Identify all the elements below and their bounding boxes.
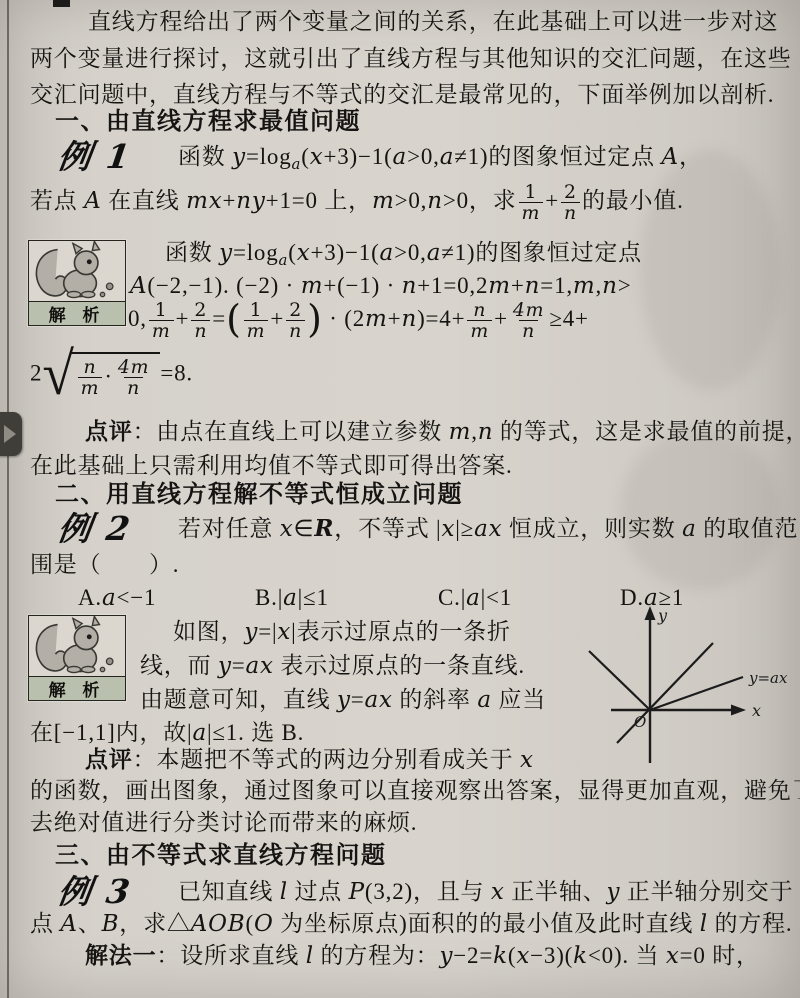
line-ax-label: y=ax xyxy=(748,669,788,687)
squirrel-mascot-icon xyxy=(29,616,125,676)
analysis-1-line-4: 2√nm · 4mn=8. xyxy=(30,352,193,399)
solution-1-line-1: 解法一：设所求直线 l 的方程为：y−2=k(x−3)(k<0). 当 x=0 … xyxy=(85,941,760,971)
option-b: B.|a|≤1 xyxy=(255,584,329,613)
analysis-2-line-3: 由题意可知，直线 y=ax 的斜率 a 应当 xyxy=(140,686,546,715)
intro-line-3: 交汇问题中，直线方程与不等式的交汇是最常见的，下面举例加以剖析. xyxy=(30,81,774,110)
analysis-1-line-1: 函数 y=loga(x+3)−1(a>0,a≠1)的图象恒过定点 xyxy=(165,239,642,270)
analysis-1-line-3: 0,1m+2n=(1m+2n) · (2m+n)=4+nm+4mn≥4+ xyxy=(128,300,589,342)
origin-label: O xyxy=(634,713,646,731)
bleed-through-artifact xyxy=(620,430,780,590)
comment-1-line-2: 在此基础上只需利用均值不等式即可得出答案. xyxy=(30,452,513,481)
scan-artifact-speck xyxy=(53,0,70,7)
example-2-label: 例 2 xyxy=(55,508,134,549)
analysis-1-line-2: A(−2,−1). (−2) · m+(−1) · n+1=0,2m+n=1,m… xyxy=(130,272,632,301)
section-2-heading: 二、用直线方程解不等式恒成立问题 xyxy=(55,480,463,510)
intro-line-2: 两个变量进行探讨，这就引出了直线方程与其他知识的交汇问题，在这些 xyxy=(30,45,792,74)
y-axis-arrow-icon xyxy=(645,606,656,620)
analysis-mascot-box-1: 解 析 xyxy=(28,240,126,326)
example-2-problem-line-2: 围是（ ）. xyxy=(30,551,179,580)
comment-2-line-1: 点评：本题把不等式的两边分别看成关于 x xyxy=(85,745,534,775)
analysis-badge: 解 析 xyxy=(29,301,125,325)
page-scan-edge-line xyxy=(7,0,9,998)
example-3-problem-line-1: 已知直线 l 过点 P(3,2)，且与 x 正半轴、y 正半轴分别交于 xyxy=(178,878,793,907)
textbook-page: 直线方程给出了两个变量之间的关系，在此基础上可以进一步对这 两个变量进行探讨，这… xyxy=(0,0,800,998)
bookmark-triangle-icon xyxy=(4,425,16,443)
analysis-mascot-box-2: 解 析 xyxy=(28,615,126,701)
page-edge-bookmark-icon xyxy=(0,412,22,456)
comment-2-line-2: 的函数，画出图象，通过图象可以直接观察出答案，显得更加直观，避免了 xyxy=(30,777,800,806)
section-1-heading: 一、由直线方程求最值问题 xyxy=(55,107,361,137)
example-1-problem-line-1: 函数 y=loga(x+3)−1(a>0,a≠1)的图象恒过定点 A， xyxy=(178,143,703,174)
option-c: C.|a|<1 xyxy=(438,584,512,613)
option-a: A.a<−1 xyxy=(78,584,156,613)
example-1-problem-line-2: 若点 A 在直线 mx+ny+1=0 上，m>0,n>0，求1m+2n的最小值. xyxy=(30,182,684,224)
comment-2-line-3: 去绝对值进行分类讨论而带来的麻烦. xyxy=(30,809,417,838)
y-axis-label: y xyxy=(657,606,668,625)
example-3-problem-line-2: 点 A、B，求△AOB(O 为坐标原点)面积的的最小值及此时直线 l 的方程. xyxy=(30,910,792,939)
analysis-badge: 解 析 xyxy=(29,676,125,700)
example-1-label: 例 1 xyxy=(55,136,134,177)
analysis-2-line-4: 在[−1,1]内，故|a|≤1. 选 B. xyxy=(30,719,304,748)
squirrel-mascot-icon xyxy=(29,241,125,301)
section-3-heading: 三、由不等式求直线方程问题 xyxy=(55,841,387,871)
x-axis-label: x xyxy=(752,701,761,720)
comment-1-line-1: 点评：由点在直线上可以建立参数 m,n 的等式，这是求最值的前提， xyxy=(85,417,800,447)
line-y-equals-minus-x xyxy=(589,651,650,710)
function-graph: y x O y=ax xyxy=(585,603,800,768)
example-2-problem-line-1: 若对任意 x∈R，不等式 |x|≥ax 恒成立，则实数 a 的取值范 xyxy=(178,515,798,544)
x-axis-arrow-icon xyxy=(731,705,746,716)
analysis-2-line-2: 线，而 y=ax 表示过原点的一条直线. xyxy=(140,652,525,681)
example-3-label: 例 3 xyxy=(55,871,134,912)
analysis-2-line-1: 如图，y=|x|表示过原点的一条折 xyxy=(173,618,511,647)
intro-line-1: 直线方程给出了两个变量之间的关系，在此基础上可以进一步对这 xyxy=(88,8,778,37)
